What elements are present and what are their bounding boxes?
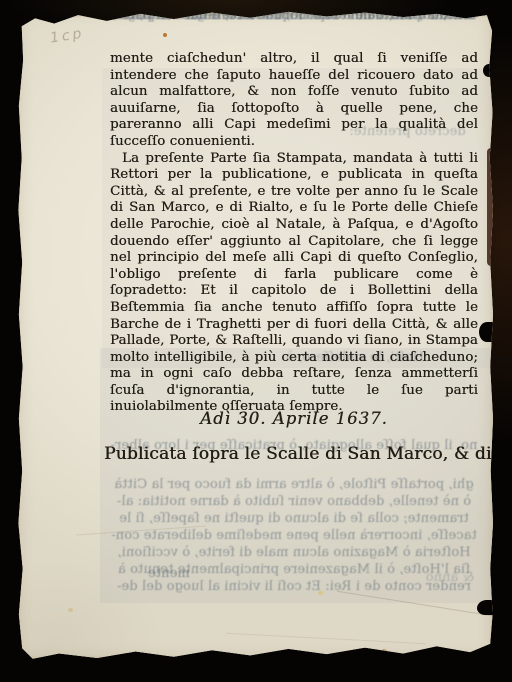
bleed-through-catchword: mente <box>134 566 204 582</box>
foxing-stain <box>68 608 73 612</box>
pencil-inscription: 1cp <box>49 25 86 46</box>
bleed-through-fragment: & anno <box>415 570 485 586</box>
bleed-through-line: taceſſe, incorrerà nelle pene medeſime d… <box>102 528 486 544</box>
main-text-block: mente ciaſchedun' altro, il qual ſi veni… <box>110 51 478 416</box>
paper-crease <box>226 633 426 644</box>
date-line: Adì 30. Aprile 1637. <box>110 409 478 428</box>
foxing-stain <box>163 33 167 37</box>
publication-line: Publicata ſopra le Scalle di San Marco, … <box>104 444 486 464</box>
paragraph-1: mente ciaſchedun' altro, il qual ſi veni… <box>110 51 478 151</box>
bleed-through-line: tramente; colla ſe di alcuno di queſti n… <box>102 511 486 527</box>
paragraph-2: La preſente Parte ſia Stampata, mandata … <box>110 151 478 417</box>
paper-page: 1cp no, il qual foſſe alloggiato, ò prat… <box>16 8 494 660</box>
bleed-through-line: ghi, portaſſe Piſtole, ò altre armi da f… <box>102 477 486 493</box>
bleed-through-line: Hoſteria ò Magazino alcun male di ferite… <box>102 545 486 561</box>
bleed-through-line: ò nè tenelle, debbano venir ſubito à dar… <box>102 494 486 510</box>
foxing-stain <box>318 591 323 595</box>
